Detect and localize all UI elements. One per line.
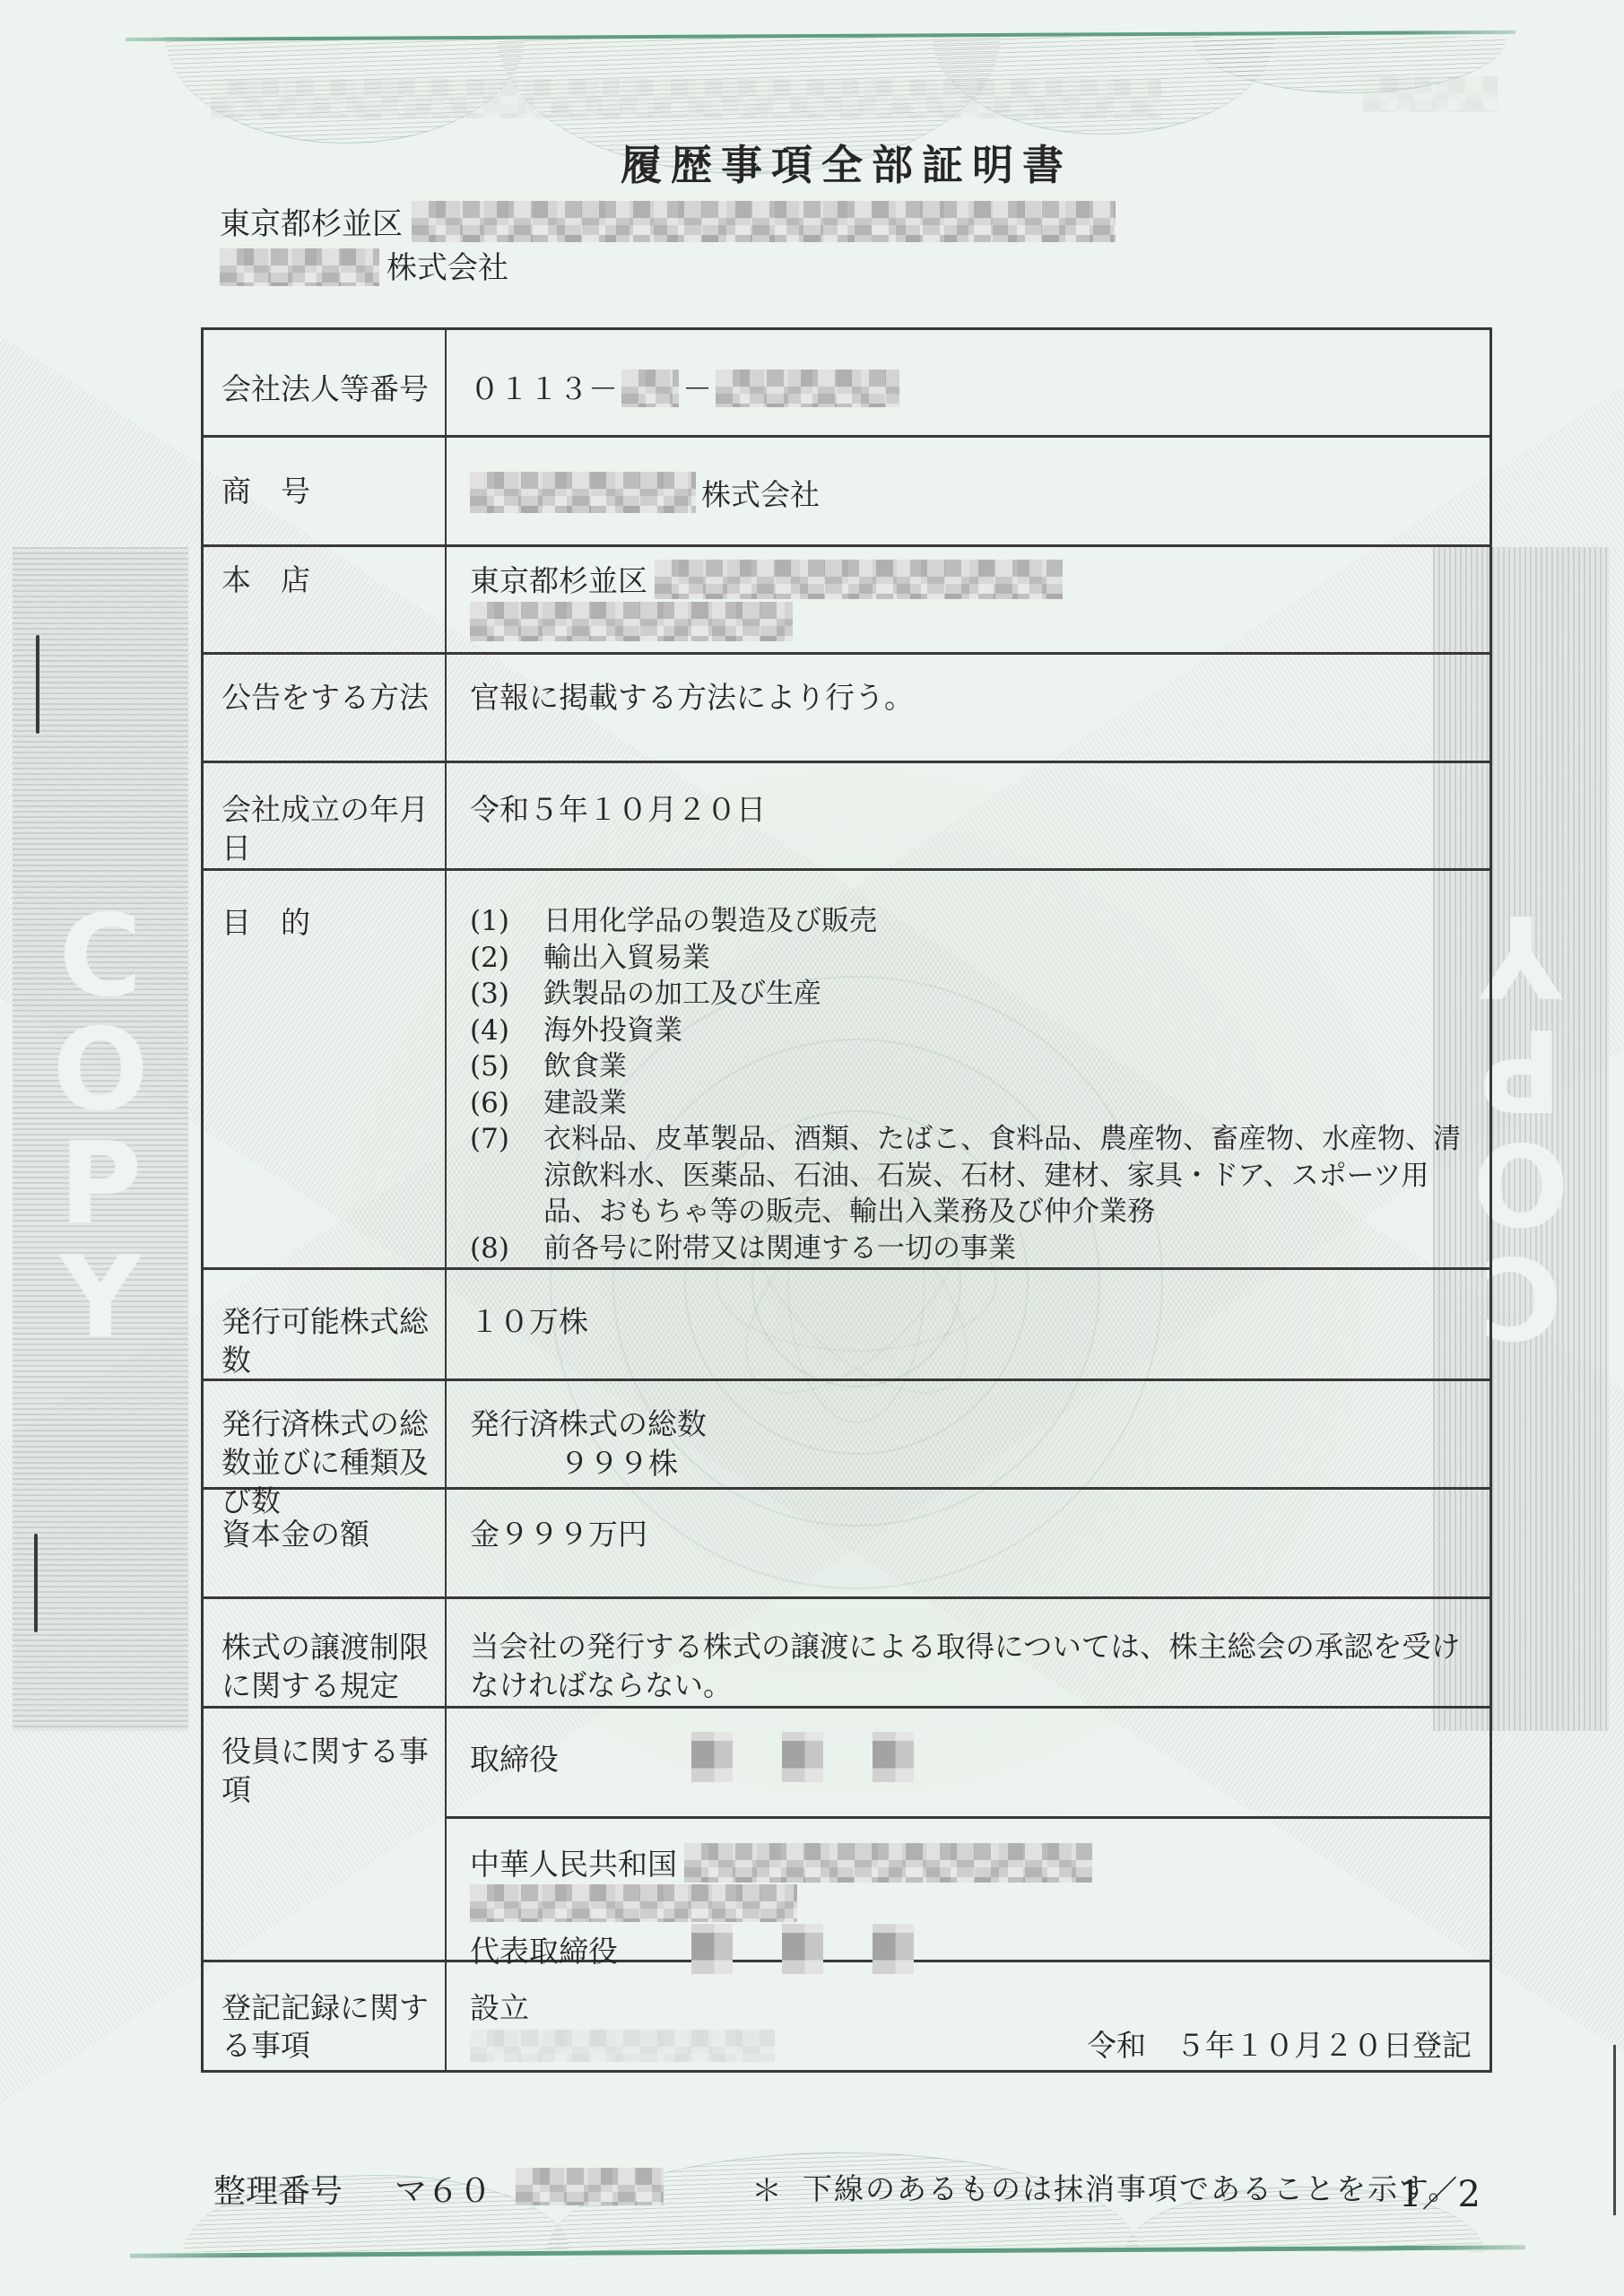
row-label: 公告をする方法 <box>221 680 429 715</box>
table-row-capital: 資本金の額 金９９９万円 <box>204 1490 1489 1599</box>
row-label: 役員に関する事項 <box>221 1734 429 1807</box>
row-label: 資本金の額 <box>221 1517 369 1552</box>
public-notice-method: 官報に掲載する方法により行う。 <box>470 680 914 715</box>
authorized-shares: １０万株 <box>470 1304 588 1339</box>
redacted-company-name <box>220 248 379 286</box>
table-row-incorporation-date: 会社成立の年月日 令和５年１０月２０日 <box>204 763 1489 871</box>
purpose-item: (8)前各号に附帯又は関連する一切の事業 <box>470 1231 1472 1267</box>
page-number: 1／2 <box>1399 2166 1481 2217</box>
registration-type: 設立 <box>470 1989 1472 2027</box>
table-row-corporate-number: 会社法人等番号 ０１１３－－ <box>204 330 1489 438</box>
binding-mark-top <box>36 635 39 734</box>
purpose-item: (4)海外投資業 <box>470 1013 1472 1049</box>
redacted-address <box>684 1843 1092 1883</box>
reference-number-prefix: マ６０ <box>395 2166 491 2212</box>
certificate-page: C O P Y C O P Y 履歴事項全部証明書 東京都杉並区 株式会社 会社… <box>0 0 1624 2296</box>
binding-mark-bottom <box>34 1534 38 1632</box>
table-row-issued-shares: 発行済株式の総数並びに種類及び数 発行済株式の総数 ９９９株 <box>204 1381 1489 1490</box>
issuer-address-line1: 東京都杉並区 <box>220 199 1116 243</box>
registration-date: 令和 ５年１０月２０日登記 <box>1087 2027 1472 2065</box>
purpose-item: (5)飲食業 <box>470 1048 1472 1085</box>
redacted-ghost <box>211 79 1161 118</box>
purpose-item: (6)建設業 <box>470 1085 1472 1122</box>
corporate-number-separator: － <box>682 371 712 406</box>
representative-director-block: 中華人民共和国 代表取締役 <box>470 1843 1472 1974</box>
director-line: 取締役 <box>470 1732 1472 1782</box>
company-suffix: 株式会社 <box>386 250 508 286</box>
table-row-share-transfer-restriction: 株式の譲渡制限に関する規定 当会社の発行する株式の譲渡による取得については、株主… <box>204 1599 1489 1709</box>
head-office-line1: 東京都杉並区 <box>470 560 1472 602</box>
redacted-number <box>621 370 679 407</box>
row-label: 目 的 <box>221 905 310 940</box>
redacted-number <box>716 370 899 407</box>
redacted-address <box>655 560 1063 599</box>
copy-watermark-letter: O <box>13 1013 188 1126</box>
underline-footnote: 下線のあるものは抹消事項であることを示す。 <box>803 2166 1459 2208</box>
copy-watermark-letter: P <box>13 1126 188 1240</box>
table-row-purpose: 目 的 (1)日用化学品の製造及び販売 (2)輸出入貿易業 (3)鉄製品の加工及… <box>204 871 1489 1270</box>
table-row-public-notice: 公告をする方法 官報に掲載する方法により行う。 <box>204 655 1489 763</box>
page-footer: 整理番号 マ６０ ＊ 下線のあるものは抹消事項であることを示す。 1／2 <box>0 2166 1624 2220</box>
redacted-address <box>470 602 793 641</box>
issued-shares-line2: ９９９株 <box>470 1444 1472 1483</box>
purpose-item: (1)日用化学品の製造及び販売 <box>470 903 1472 940</box>
redacted-address <box>412 201 1116 242</box>
row-label: 登記記録に関する事項 <box>221 1990 429 2063</box>
head-office-line2 <box>470 602 1472 644</box>
issuer-address-prefix: 東京都杉並区 <box>220 206 403 242</box>
table-row-trade-name: 商 号 株式会社 <box>204 438 1489 547</box>
copy-watermark-letter: Y <box>13 1240 188 1354</box>
redacted-address <box>470 1884 797 1922</box>
corporate-number-prefix: ０１１３－ <box>470 371 618 406</box>
table-row-registration-record: 登記記録に関する事項 設立 令和 ５年１０月２０日登記 <box>204 1962 1489 2070</box>
representative-address-line1: 中華人民共和国 <box>470 1843 1472 1884</box>
capital-amount: 金９９９万円 <box>470 1517 647 1552</box>
purpose-item: (2)輸出入貿易業 <box>470 940 1472 977</box>
transfer-restriction-text: 当会社の発行する株式の譲渡による取得については、株主総会の承認を受けなければなら… <box>470 1630 1460 1702</box>
representative-address-line2 <box>470 1884 1472 1924</box>
registration-date-line: 令和 ５年１０月２０日登記 <box>470 2027 1472 2065</box>
row-label: 会社法人等番号 <box>221 371 429 406</box>
reference-number-label: 整理番号 <box>213 2166 343 2212</box>
redacted-reference-number <box>516 2168 664 2205</box>
scan-edge-shadow <box>1613 2045 1616 2215</box>
row-label: 本 店 <box>221 562 310 597</box>
incorporation-date: 令和５年１０月２０日 <box>470 792 766 827</box>
copy-watermark-letter: C <box>13 899 188 1013</box>
row-label: 商 号 <box>221 474 310 509</box>
table-row-authorized-shares: 発行可能株式総数 １０万株 <box>204 1270 1489 1381</box>
purpose-item: (3)鉄製品の加工及び生産 <box>470 976 1472 1013</box>
table-row-head-office: 本 店 東京都杉並区 <box>204 547 1489 655</box>
registry-table: 会社法人等番号 ０１１３－－ 商 号 株式会社 本 店 東京都杉並区 公告をする… <box>201 327 1492 2073</box>
issued-shares-line1: 発行済株式の総数 <box>470 1405 1472 1444</box>
redacted-director-name <box>691 1732 914 1782</box>
director-title: 取締役 <box>470 1742 559 1777</box>
footnote-asterisk: ＊ <box>751 2166 782 2210</box>
row-label: 株式の譲渡制限に関する規定 <box>221 1630 429 1703</box>
row-label: 発行可能株式総数 <box>221 1304 429 1378</box>
row-label: 会社成立の年月日 <box>221 792 429 865</box>
redacted-ghost <box>470 2030 775 2062</box>
purpose-item: (7)衣料品、皮革製品、酒類、たばこ、食料品、農産物、畜産物、水産物、清涼飲料水… <box>470 1121 1472 1231</box>
redacted-ghost <box>1363 76 1498 112</box>
document-title: 履歴事項全部証明書 <box>201 133 1492 192</box>
redacted-company-name <box>470 472 696 513</box>
officer-row-divider <box>447 1816 1489 1819</box>
trade-name-suffix: 株式会社 <box>701 477 820 512</box>
issuer-company-line2: 株式会社 <box>220 243 508 287</box>
table-row-officers: 役員に関する事項 取締役 中華人民共和国 代表取締役 <box>204 1709 1489 1962</box>
